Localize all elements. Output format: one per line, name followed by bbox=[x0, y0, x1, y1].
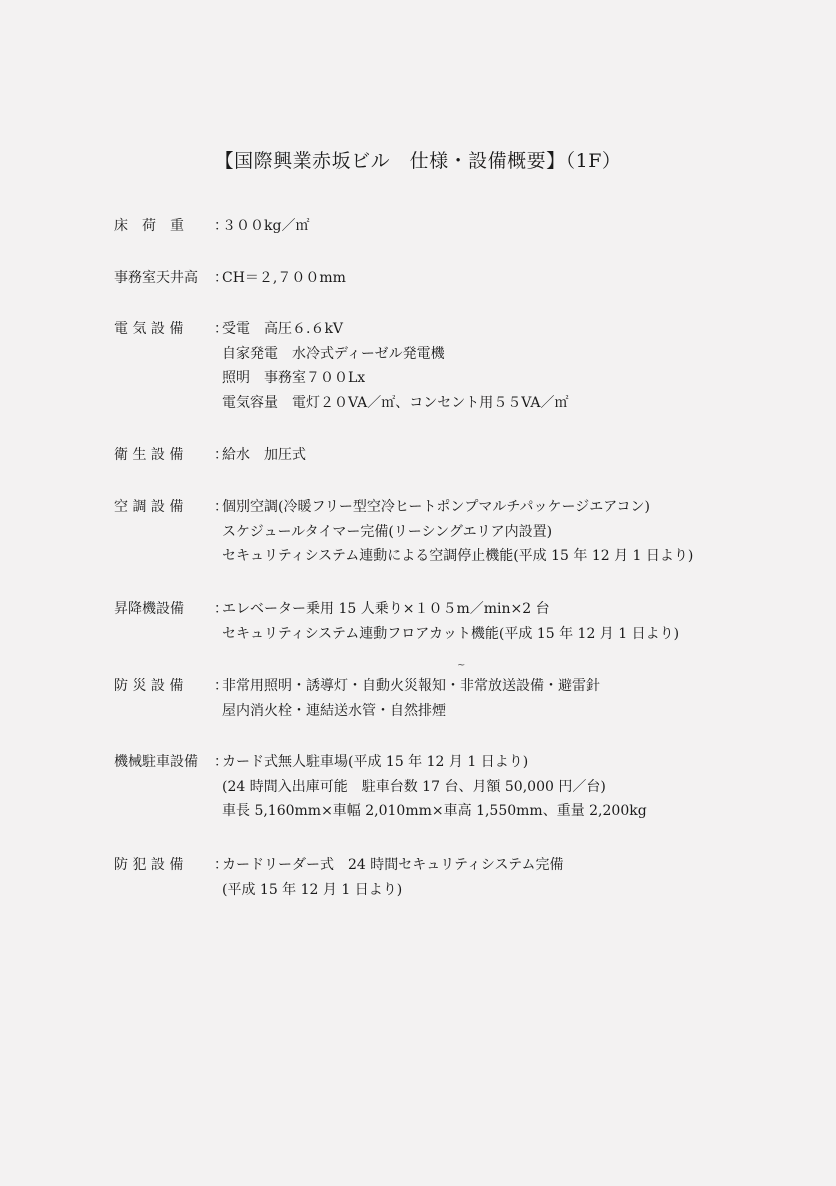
spec-value: 照明 事務室７００Lx bbox=[114, 366, 569, 391]
spec-value: 電気容量 電灯２０VA／㎡、コンセント用５５VA／㎡ bbox=[114, 391, 569, 416]
spec-hvac: 空 調 設 備：個別空調(冷暖フリー型空冷ヒートポンプマルチパッケージエアコン)… bbox=[114, 495, 693, 569]
spec-label: 機械駐車設備 bbox=[114, 750, 214, 775]
spec-value: 車長 5,160mm×車幅 2,010mm×車高 1,550mm、重量 2,20… bbox=[114, 799, 647, 824]
spec-value: 受電 高圧６.６kV bbox=[222, 321, 343, 337]
spec-value: エレベーター乗用 15 人乗り×１０５m／min×2 台 bbox=[222, 601, 550, 617]
spec-ceiling-height: 事務室天井高：CH＝２,７００mm bbox=[114, 266, 346, 291]
spec-label: 衛 生 設 備 bbox=[114, 443, 214, 468]
spec-value: 非常用照明・誘導灯・自動火災報知・非常放送設備・避雷針 bbox=[222, 678, 600, 694]
spec-parking: 機械駐車設備：カード式無人駐車場(平成 15 年 12 月 1 日より) (24… bbox=[114, 750, 647, 824]
spec-label: 事務室天井高 bbox=[114, 266, 214, 291]
scan-artifact: ~ bbox=[457, 660, 465, 671]
spec-value: カードリーダー式 24 時間セキュリティシステム完備 bbox=[222, 857, 563, 873]
spec-value: セキュリティシステム連動による空調停止機能(平成 15 年 12 月 1 日より… bbox=[114, 544, 693, 569]
spec-label: 防 犯 設 備 bbox=[114, 853, 214, 878]
spec-value: スケジュールタイマー完備(リーシングエリア内設置) bbox=[114, 520, 693, 545]
spec-elevator: 昇降機設備：エレベーター乗用 15 人乗り×１０５m／min×2 台 セキュリテ… bbox=[114, 597, 679, 646]
spec-floor-load: 床 荷 重：３００kg／㎡ bbox=[114, 214, 309, 239]
spec-value: セキュリティシステム連動フロアカット機能(平成 15 年 12 月 1 日より) bbox=[114, 622, 679, 647]
spec-value: 屋内消火栓・連結送水管・自然排煙 bbox=[114, 699, 600, 724]
spec-value: (24 時間入出庫可能 駐車台数 17 台、月額 50,000 円／台) bbox=[114, 775, 647, 800]
spec-label: 防 災 設 備 bbox=[114, 674, 214, 699]
spec-label: 昇降機設備 bbox=[114, 597, 214, 622]
spec-security: 防 犯 設 備：カードリーダー式 24 時間セキュリティシステム完備 (平成 1… bbox=[114, 853, 563, 902]
spec-value: 自家発電 水冷式ディーゼル発電機 bbox=[114, 342, 569, 367]
document-title: 【国際興業赤坂ビル 仕様・設備概要】（1F） bbox=[0, 146, 836, 173]
spec-label: 床 荷 重 bbox=[114, 214, 214, 239]
spec-value: (平成 15 年 12 月 1 日より) bbox=[114, 878, 563, 903]
spec-label: 空 調 設 備 bbox=[114, 495, 214, 520]
spec-value: 個別空調(冷暖フリー型空冷ヒートポンプマルチパッケージエアコン) bbox=[222, 499, 650, 515]
spec-value: カード式無人駐車場(平成 15 年 12 月 1 日より) bbox=[222, 754, 528, 770]
spec-label: 電 気 設 備 bbox=[114, 317, 214, 342]
spec-sanitary: 衛 生 設 備：給水 加圧式 bbox=[114, 443, 306, 468]
spec-disaster-prevention: 防 災 設 備：非常用照明・誘導灯・自動火災報知・非常放送設備・避雷針 屋内消火… bbox=[114, 674, 600, 723]
spec-electrical: 電 気 設 備：受電 高圧６.６kV 自家発電 水冷式ディーゼル発電機 照明 事… bbox=[114, 317, 569, 415]
spec-value: CH＝２,７００mm bbox=[222, 270, 346, 286]
spec-value: 給水 加圧式 bbox=[222, 447, 306, 463]
spec-value: ３００kg／㎡ bbox=[222, 218, 309, 234]
